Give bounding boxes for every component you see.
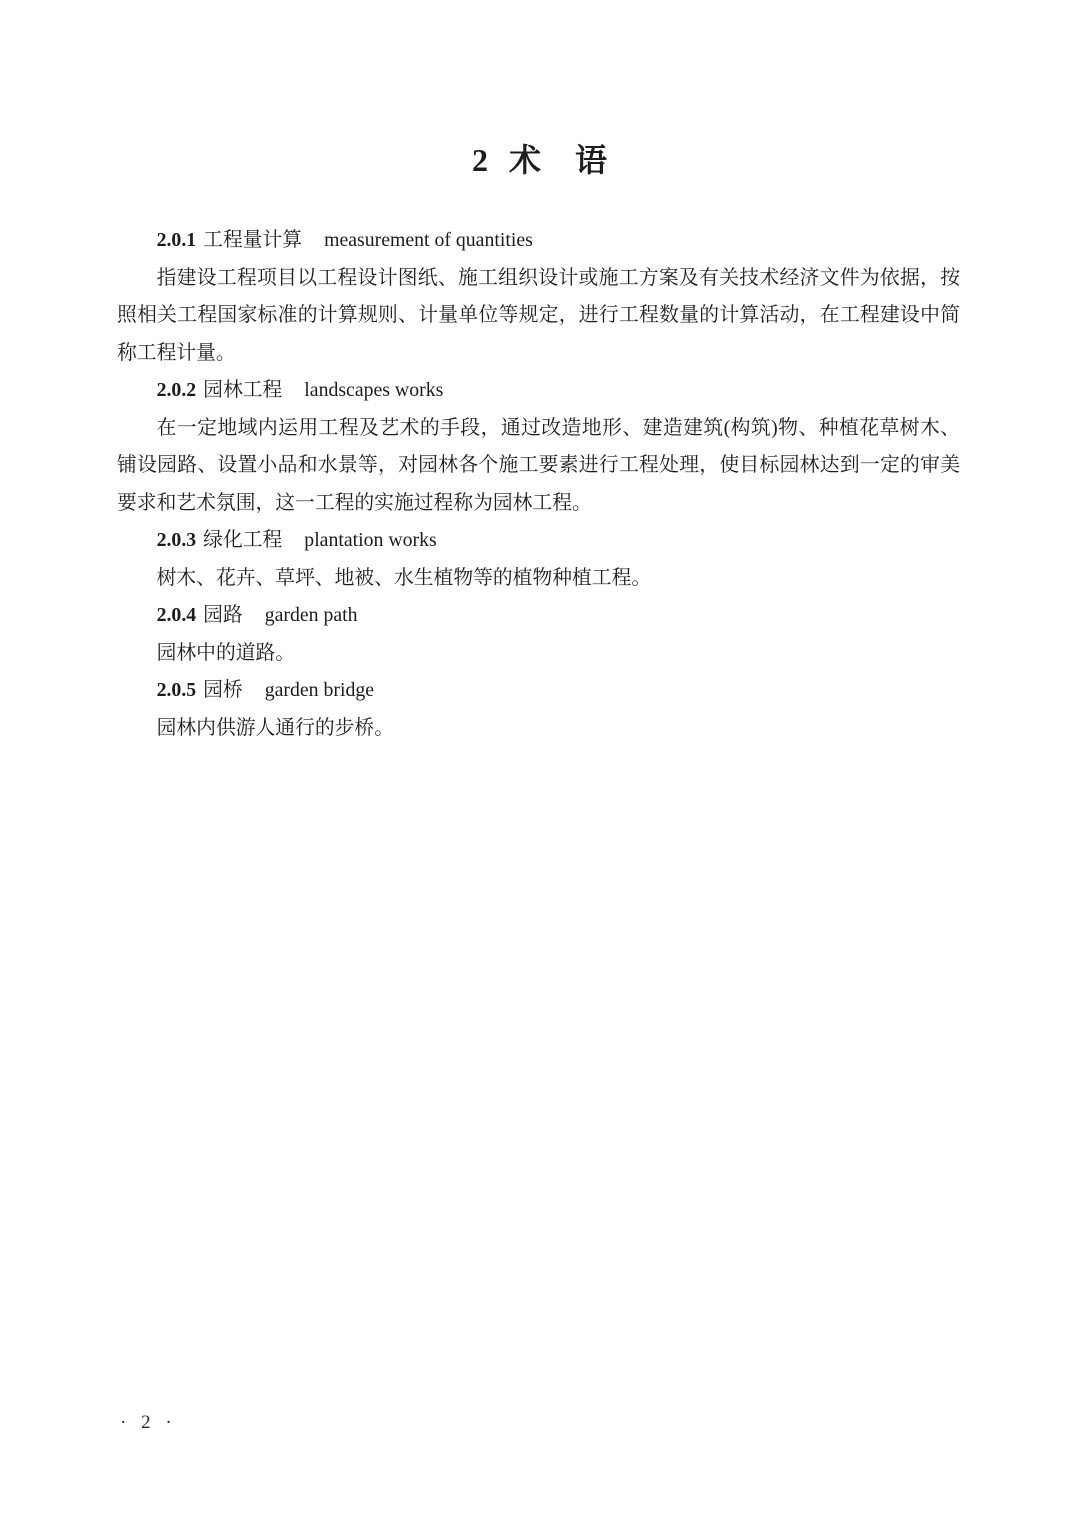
term-name-en: garden bridge xyxy=(265,679,374,701)
term-name-zh: 园林工程 xyxy=(203,379,282,401)
term-heading: 2.0.1工程量计算measurement of quantities xyxy=(117,222,960,260)
term-number: 2.0.2 xyxy=(157,379,197,401)
chapter-title-text: 术 语 xyxy=(509,142,608,178)
terms-section: 2.0.1工程量计算measurement of quantities 指建设工… xyxy=(117,222,960,747)
term-number: 2.0.4 xyxy=(157,604,197,626)
term-definition: 在一定地域内运用工程及艺术的手段，通过改造地形、建造建筑(构筑)物、种植花草树木… xyxy=(117,410,960,523)
term-name-zh: 绿化工程 xyxy=(203,529,282,551)
term-name-zh: 园路 xyxy=(203,604,243,626)
term-definition: 树木、花卉、草坪、地被、水生植物等的植物种植工程。 xyxy=(117,560,960,598)
term-definition: 园林内供游人通行的步桥。 xyxy=(117,710,960,748)
term-heading: 2.0.2园林工程landscapes works xyxy=(117,372,960,410)
term-name-en: plantation works xyxy=(304,529,436,551)
term-heading: 2.0.5园桥garden bridge xyxy=(117,672,960,710)
term-heading: 2.0.4园路garden path xyxy=(117,597,960,635)
term-name-zh: 园桥 xyxy=(203,679,243,701)
term-heading: 2.0.3绿化工程plantation works xyxy=(117,522,960,560)
term-definition: 园林中的道路。 xyxy=(117,635,960,673)
term-name-en: garden path xyxy=(265,604,358,626)
chapter-title: 2术 语 xyxy=(0,143,1080,177)
chapter-number: 2 xyxy=(472,142,489,178)
term-number: 2.0.5 xyxy=(157,679,197,701)
term-definition: 指建设工程项目以工程设计图纸、施工组织设计或施工方案及有关技术经济文件为依据，按… xyxy=(117,260,960,373)
term-name-en: measurement of quantities xyxy=(324,229,533,251)
term-name-zh: 工程量计算 xyxy=(203,229,302,251)
page-number: · 2 · xyxy=(120,1412,177,1434)
term-number: 2.0.1 xyxy=(157,229,197,251)
term-number: 2.0.3 xyxy=(157,529,197,551)
term-name-en: landscapes works xyxy=(304,379,443,401)
document-page: 2术 语 2.0.1工程量计算measurement of quantities… xyxy=(0,0,1080,1527)
